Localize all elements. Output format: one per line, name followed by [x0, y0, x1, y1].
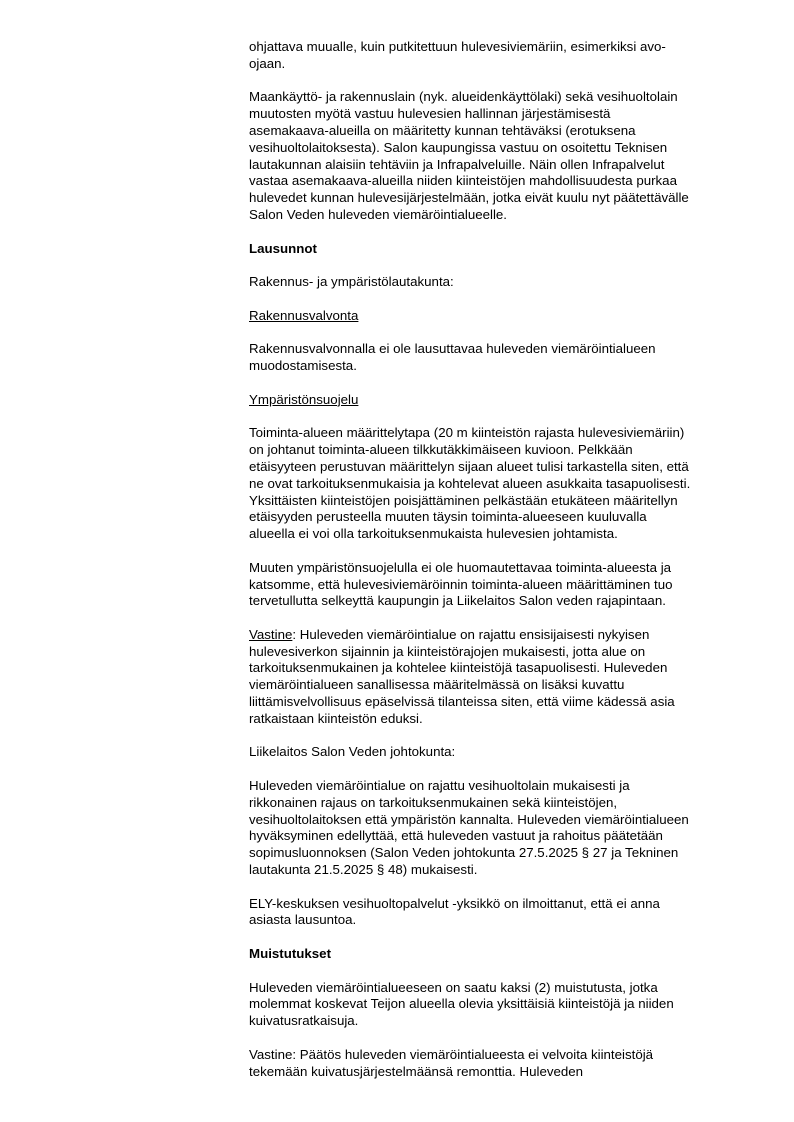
paragraph: ELY-keskuksen vesihuoltopalvelut -yksikk… — [249, 896, 749, 930]
text-line: ojaan. — [249, 56, 749, 73]
text-line: kuivatusratkaisuja. — [249, 1013, 749, 1030]
paragraph-spacer — [249, 257, 749, 274]
text-line: Huleveden viemäröintialue on rajattu ves… — [249, 778, 749, 795]
paragraph-spacer — [249, 325, 749, 342]
text-run: vesihuoltolaitoksen että ympäristön kann… — [249, 812, 689, 827]
text-run: : Huleveden viemäröintialue on rajattu e… — [292, 627, 649, 642]
text-run: viemäröintialueen sanallisessa määritelm… — [249, 677, 624, 692]
text-line: on johtanut toiminta-alueen tilkkutäkkim… — [249, 442, 749, 459]
text-line: lautakunta 21.5.2025 § 48) mukaisesti. — [249, 862, 749, 879]
text-run: lautakunta 21.5.2025 § 48) mukaisesti. — [249, 862, 477, 877]
text-line: ratkaistaan kiinteistön eduksi. — [249, 711, 749, 728]
text-line: Maankäyttö- ja rakennuslain (nyk. alueid… — [249, 89, 749, 106]
text-run: Toiminta-alueen määrittelytapa (20 m kii… — [249, 425, 684, 440]
subsection-title: Ympäristönsuojelu — [249, 392, 358, 407]
paragraph: ohjattava muualle, kuin putkitettuun hul… — [249, 39, 749, 73]
paragraph: Maankäyttö- ja rakennuslain (nyk. alueid… — [249, 89, 749, 223]
text-line: muutosten myötä vastuu hulevesien hallin… — [249, 106, 749, 123]
subsection-heading: Ympäristönsuojelu — [249, 392, 749, 409]
paragraph-spacer — [249, 409, 749, 426]
paragraph-spacer — [249, 291, 749, 308]
text-run: Maankäyttö- ja rakennuslain (nyk. alueid… — [249, 89, 678, 104]
text-run: on johtanut toiminta-alueen tilkkutäkkim… — [249, 442, 633, 457]
text-run: liittämisvelvollisuus epäselvissä tilant… — [249, 694, 675, 709]
document-page: ohjattava muualle, kuin putkitettuun hul… — [249, 39, 749, 1080]
paragraph-spacer — [249, 610, 749, 627]
text-run: alueella ei voi olla tarkoituksenmukaist… — [249, 526, 618, 541]
text-run: Huleveden viemäröintialue on rajattu ves… — [249, 778, 630, 793]
subsection-heading: Rakennusvalvonta — [249, 308, 749, 325]
text-line: hulevedet kunnan hulevesijärjestelmään, … — [249, 190, 749, 207]
text-line: molemmat koskevat Teijon alueella olevia… — [249, 996, 749, 1013]
text-line: lautakunnan alaisiin tehtäviin ja Infrap… — [249, 157, 749, 174]
text-line: Yksittäisten kiinteistöjen poisjättämine… — [249, 493, 749, 510]
text-line: tekemään kuivatusjärjestelmäänsä remontt… — [249, 1064, 749, 1081]
text-run: tekemään kuivatusjärjestelmäänsä remontt… — [249, 1064, 583, 1079]
text-line: Rakennusvalvonta — [249, 308, 749, 325]
text-line: katsomme, että hulevesiviemäröinnin toim… — [249, 577, 749, 594]
text-run: etäisyyden perusteella muuten täysin toi… — [249, 509, 647, 524]
text-run: etäisyyteen perustuvan määrittelyn sijaa… — [249, 459, 689, 474]
text-run: Rakennus- ja ympäristölautakunta: — [249, 274, 454, 289]
section-heading: Muistutukset — [249, 946, 749, 963]
paragraph-spacer — [249, 224, 749, 241]
text-line: tarkoituksenmukainen ja kohtelee kiintei… — [249, 660, 749, 677]
text-line: viemäröintialueen sanallisessa määritelm… — [249, 677, 749, 694]
paragraph: Rakennusvalvonnalla ei ole lausuttavaa h… — [249, 341, 749, 375]
paragraph-spacer — [249, 375, 749, 392]
text-line: Vastine: Päätös huleveden viemäröintialu… — [249, 1047, 749, 1064]
paragraph-spacer — [249, 963, 749, 980]
text-line: sopimusluonnoksen (Salon Veden johtokunt… — [249, 845, 749, 862]
text-line: liittämisvelvollisuus epäselvissä tilant… — [249, 694, 749, 711]
text-run: Huleveden viemäröintialueeseen on saatu … — [249, 980, 658, 995]
text-line: Muuten ympäristönsuojelulla ei ole huoma… — [249, 560, 749, 577]
text-run: Liikelaitos Salon Veden johtokunta: — [249, 744, 455, 759]
text-run: sopimusluonnoksen (Salon Veden johtokunt… — [249, 845, 678, 860]
response-paragraph: Vastine: Huleveden viemäröintialue on ra… — [249, 627, 749, 728]
text-run: molemmat koskevat Teijon alueella olevia… — [249, 996, 674, 1011]
text-line: Rakennus- ja ympäristölautakunta: — [249, 274, 749, 291]
text-line: ELY-keskuksen vesihuoltopalvelut -yksikk… — [249, 896, 749, 913]
text-line: rikkonainen rajaus on tarkoituksenmukain… — [249, 795, 749, 812]
text-line: Salon Veden huleveden viemäröintialueell… — [249, 207, 749, 224]
section-heading: Lausunnot — [249, 241, 749, 258]
paragraph-spacer — [249, 1030, 749, 1047]
text-line: Ympäristönsuojelu — [249, 392, 749, 409]
text-run: Salon Veden huleveden viemäröintialueell… — [249, 207, 507, 222]
text-run: vesihuoltolaitoksesta). Salon kaupungiss… — [249, 140, 667, 155]
text-run: rikkonainen rajaus on tarkoituksenmukain… — [249, 795, 617, 810]
paragraph: Huleveden viemäröintialueeseen on saatu … — [249, 980, 749, 1030]
paragraph-spacer — [249, 73, 749, 90]
text-run: lautakunnan alaisiin tehtäviin ja Infrap… — [249, 157, 664, 172]
text-line: alueella ei voi olla tarkoituksenmukaist… — [249, 526, 749, 543]
text-line: etäisyyden perusteella muuten täysin toi… — [249, 509, 749, 526]
text-run: muodostamisesta. — [249, 358, 357, 373]
text-line: hulevesiverkon sijainnin ja kiinteistöra… — [249, 644, 749, 661]
text-run: kuivatusratkaisuja. — [249, 1013, 358, 1028]
text-line: tervetullutta selkeyttä kaupungin ja Lii… — [249, 593, 749, 610]
text-run: ne ovat tarkoituksenmukaisia ja kohtelev… — [249, 476, 690, 491]
text-run: Rakennusvalvonnalla ei ole lausuttavaa h… — [249, 341, 656, 356]
text-run: katsomme, että hulevesiviemäröinnin toim… — [249, 577, 673, 592]
paragraph-spacer — [249, 543, 749, 560]
text-line: Muistutukset — [249, 946, 749, 963]
paragraph-spacer — [249, 879, 749, 896]
text-run: ojaan. — [249, 56, 285, 71]
section-title: Lausunnot — [249, 241, 317, 256]
text-line: hyväksyminen edellyttää, että huleveden … — [249, 828, 749, 845]
text-line: ne ovat tarkoituksenmukaisia ja kohtelev… — [249, 476, 749, 493]
text-run: asemakaava-alueilla on määritetty kunnan… — [249, 123, 636, 138]
text-line: Liikelaitos Salon Veden johtokunta: — [249, 744, 749, 761]
text-run: ELY-keskuksen vesihuoltopalvelut -yksikk… — [249, 896, 660, 911]
text-run: hyväksyminen edellyttää, että huleveden … — [249, 828, 663, 843]
subsection-title: Rakennusvalvonta — [249, 308, 358, 323]
text-line: vesihuoltolaitoksen että ympäristön kann… — [249, 812, 749, 829]
response-label: Vastine — [249, 627, 292, 642]
paragraph: Muuten ympäristönsuojelulla ei ole huoma… — [249, 560, 749, 610]
text-run: ratkaistaan kiinteistön eduksi. — [249, 711, 423, 726]
text-line: Rakennusvalvonnalla ei ole lausuttavaa h… — [249, 341, 749, 358]
text-line: etäisyyteen perustuvan määrittelyn sijaa… — [249, 459, 749, 476]
text-run: tervetullutta selkeyttä kaupungin ja Lii… — [249, 593, 666, 608]
text-line: asiasta lausuntoa. — [249, 912, 749, 929]
text-run: asiasta lausuntoa. — [249, 912, 356, 927]
text-line: ohjattava muualle, kuin putkitettuun hul… — [249, 39, 749, 56]
text-line: Toiminta-alueen määrittelytapa (20 m kii… — [249, 425, 749, 442]
text-run: hulevedet kunnan hulevesijärjestelmään, … — [249, 190, 689, 205]
text-run: hulevesiverkon sijainnin ja kiinteistöra… — [249, 644, 645, 659]
text-run: Muuten ympäristönsuojelulla ei ole huoma… — [249, 560, 671, 575]
paragraph: Toiminta-alueen määrittelytapa (20 m kii… — [249, 425, 749, 543]
paragraph-spacer — [249, 728, 749, 745]
text-line: muodostamisesta. — [249, 358, 749, 375]
text-run: tarkoituksenmukainen ja kohtelee kiintei… — [249, 660, 667, 675]
text-line: Huleveden viemäröintialueeseen on saatu … — [249, 980, 749, 997]
text-line: Vastine: Huleveden viemäröintialue on ra… — [249, 627, 749, 644]
text-run: vastaa asemakaava-alueilla niiden kiinte… — [249, 173, 677, 188]
section-title: Muistutukset — [249, 946, 331, 961]
paragraph: Rakennus- ja ympäristölautakunta: — [249, 274, 749, 291]
paragraph-spacer — [249, 929, 749, 946]
text-run: ohjattava muualle, kuin putkitettuun hul… — [249, 39, 666, 54]
paragraph-spacer — [249, 761, 749, 778]
text-line: Lausunnot — [249, 241, 749, 258]
text-line: vesihuoltolaitoksesta). Salon kaupungiss… — [249, 140, 749, 157]
text-line: vastaa asemakaava-alueilla niiden kiinte… — [249, 173, 749, 190]
text-line: asemakaava-alueilla on määritetty kunnan… — [249, 123, 749, 140]
paragraph: Vastine: Päätös huleveden viemäröintialu… — [249, 1047, 749, 1081]
paragraph: Huleveden viemäröintialue on rajattu ves… — [249, 778, 749, 879]
text-run: Vastine: Päätös huleveden viemäröintialu… — [249, 1047, 653, 1062]
text-run: Yksittäisten kiinteistöjen poisjättämine… — [249, 493, 678, 508]
paragraph: Liikelaitos Salon Veden johtokunta: — [249, 744, 749, 761]
text-run: muutosten myötä vastuu hulevesien hallin… — [249, 106, 610, 121]
